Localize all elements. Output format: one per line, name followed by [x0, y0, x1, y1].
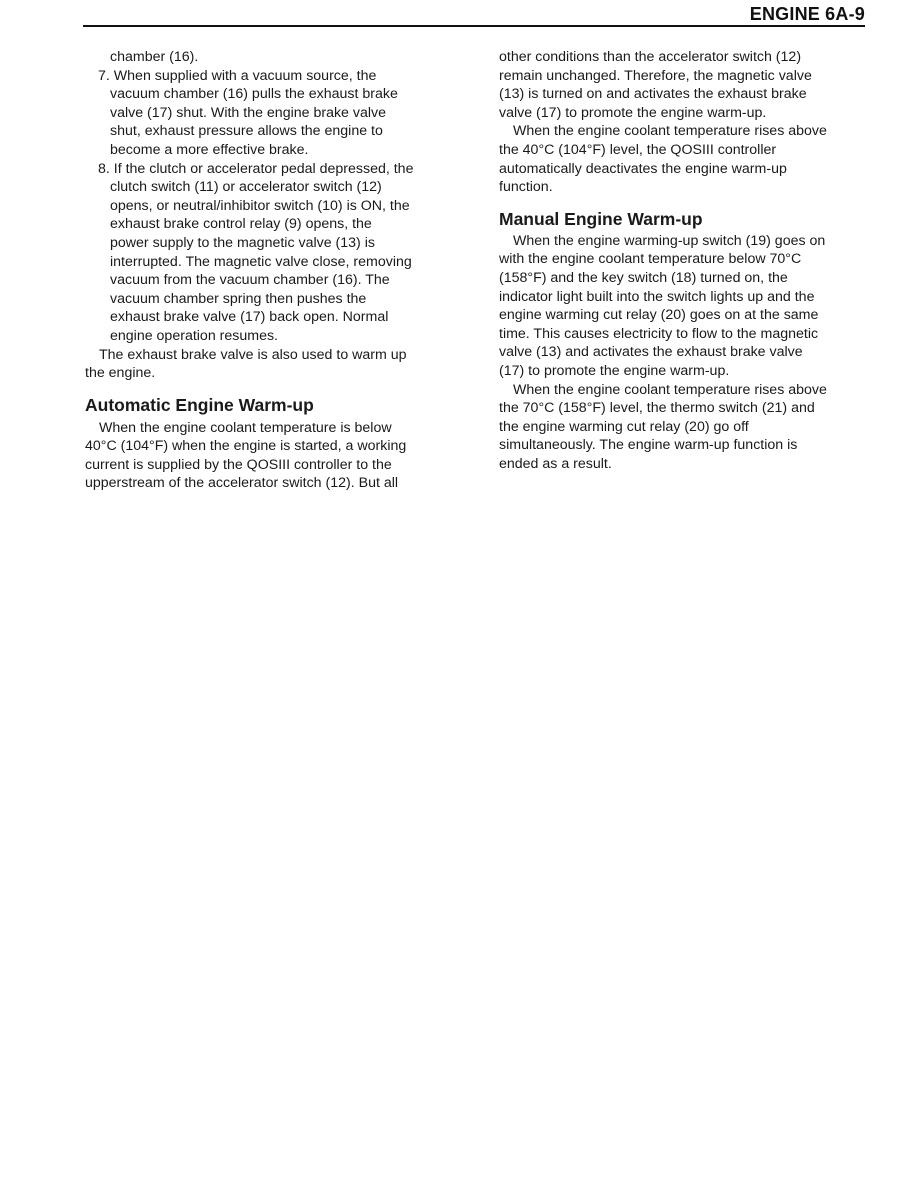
text-line: other conditions than the accelerator sw… — [499, 48, 874, 67]
text-line: engine warming cut relay (20) goes on at… — [499, 306, 874, 325]
page-header-title: ENGINE 6A-9 — [750, 4, 865, 25]
text-line: the engine warming cut relay (20) go off — [499, 418, 874, 437]
text-line: valve (17) shut. With the engine brake v… — [85, 104, 465, 123]
text-line: The exhaust brake valve is also used to … — [85, 346, 465, 365]
text-line: shut, exhaust pressure allows the engine… — [85, 122, 465, 141]
text-line: 7. When supplied with a vacuum source, t… — [85, 67, 465, 86]
text-line: current is supplied by the QOSIII contro… — [85, 456, 465, 475]
text-line: chamber (16). — [85, 48, 465, 67]
text-line: the engine. — [85, 364, 465, 383]
text-line: indicator light built into the switch li… — [499, 288, 874, 307]
left-column: chamber (16).7. When supplied with a vac… — [85, 48, 465, 493]
text-line: vacuum chamber spring then pushes the — [85, 290, 465, 309]
text-line: the 40°C (104°F) level, the QOSIII contr… — [499, 141, 874, 160]
right-column: other conditions than the accelerator sw… — [499, 48, 874, 473]
text-line: become a more effective brake. — [85, 141, 465, 160]
text-line: valve (13) and activates the exhaust bra… — [499, 343, 874, 362]
text-line: When the engine warming-up switch (19) g… — [499, 232, 874, 251]
text-line: simultaneously. The engine warm-up funct… — [499, 436, 874, 455]
text-line: clutch switch (11) or accelerator switch… — [85, 178, 465, 197]
text-line: valve (17) to promote the engine warm-up… — [499, 104, 874, 123]
text-line: vacuum chamber (16) pulls the exhaust br… — [85, 85, 465, 104]
text-line: with the engine coolant temperature belo… — [499, 250, 874, 269]
text-line: exhaust brake control relay (9) opens, t… — [85, 215, 465, 234]
text-line: time. This causes electricity to flow to… — [499, 325, 874, 344]
text-line: When the engine coolant temperature rise… — [499, 122, 874, 141]
text-line: interrupted. The magnetic valve close, r… — [85, 253, 465, 272]
text-line: (158°F) and the key switch (18) turned o… — [499, 269, 874, 288]
text-line: opens, or neutral/inhibitor switch (10) … — [85, 197, 465, 216]
text-line: (17) to promote the engine warm-up. — [499, 362, 874, 381]
text-line: function. — [499, 178, 874, 197]
text-line: engine operation resumes. — [85, 327, 465, 346]
text-line: 40°C (104°F) when the engine is started,… — [85, 437, 465, 456]
text-line: (13) is turned on and activates the exha… — [499, 85, 874, 104]
header-rule — [83, 25, 865, 27]
text-line: ended as a result. — [499, 455, 874, 474]
text-line: exhaust brake valve (17) back open. Norm… — [85, 308, 465, 327]
text-line: 8. If the clutch or accelerator pedal de… — [85, 160, 465, 179]
text-line: the 70°C (158°F) level, the thermo switc… — [499, 399, 874, 418]
text-line: upperstream of the accelerator switch (1… — [85, 474, 465, 493]
text-line: automatically deactivates the engine war… — [499, 160, 874, 179]
text-line: power supply to the magnetic valve (13) … — [85, 234, 465, 253]
text-line: vacuum from the vacuum chamber (16). The — [85, 271, 465, 290]
section-heading-automatic-warm-up: Automatic Engine Warm-up — [85, 394, 465, 416]
text-line: When the engine coolant temperature is b… — [85, 419, 465, 438]
left-body-after-heading: When the engine coolant temperature is b… — [85, 419, 465, 493]
text-line: remain unchanged. Therefore, the magneti… — [499, 67, 874, 86]
left-body-before-heading: chamber (16).7. When supplied with a vac… — [85, 48, 465, 383]
section-heading-manual-warm-up: Manual Engine Warm-up — [499, 208, 874, 230]
right-body-after-heading: When the engine warming-up switch (19) g… — [499, 232, 874, 474]
text-line: When the engine coolant temperature rise… — [499, 381, 874, 400]
right-body-before-heading: other conditions than the accelerator sw… — [499, 48, 874, 197]
